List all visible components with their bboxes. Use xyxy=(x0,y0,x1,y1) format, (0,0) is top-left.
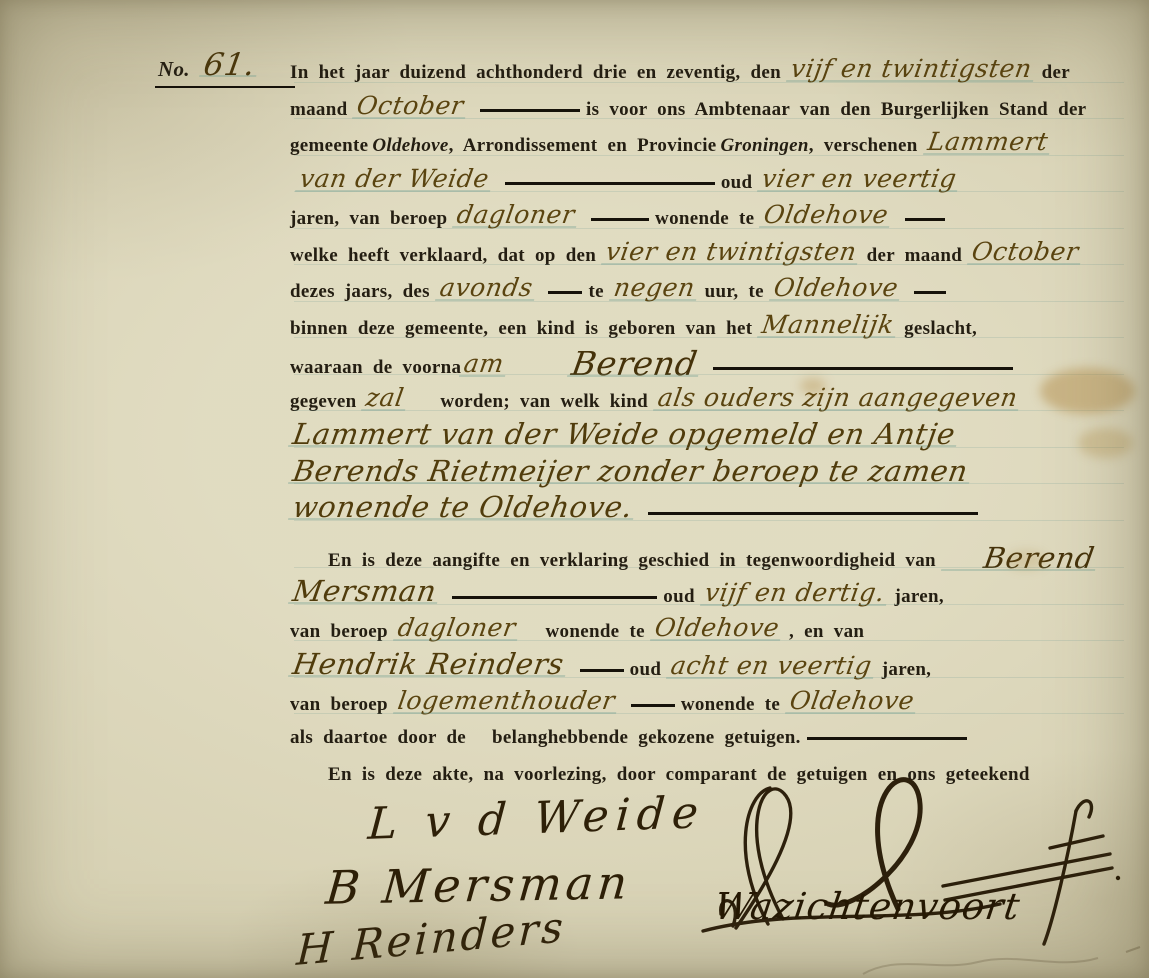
printed-text-italic: Oldehove xyxy=(372,135,448,156)
handwritten-entry: avonds xyxy=(434,270,538,307)
handwritten-entry: October xyxy=(966,234,1084,271)
act-line-05: jaren, van beroepdaglonerwonende teOldeh… xyxy=(290,198,1138,235)
handwritten-entry: Oldehove xyxy=(649,610,785,647)
handwritten-entry: negen xyxy=(608,270,701,307)
signature-official: Wazichtenvoort xyxy=(712,884,1023,928)
printed-text: jaren, xyxy=(894,586,943,607)
act-line-09: waaraan de voornaamBerend xyxy=(290,344,1138,381)
handwritten-entry: October xyxy=(352,88,470,125)
act-line-15: Mersmanoudvijf en dertig.jaren, xyxy=(290,574,1138,611)
handwritten-entry: vijf en dertig. xyxy=(699,575,890,612)
blank-filler-rule xyxy=(591,216,649,221)
printed-text: waaraan de voorna xyxy=(290,357,461,378)
printed-text: , verschenen xyxy=(809,135,918,156)
handwritten-entry: logementhouder xyxy=(392,683,621,720)
act-line-18: van beroeplogementhouderwonende teOldeho… xyxy=(290,684,1138,721)
printed-text: wonende te xyxy=(681,694,780,715)
act-line-07: dezes jaars, desavondstenegenuur, teOlde… xyxy=(290,271,1138,308)
printed-text: geslacht, xyxy=(904,318,977,339)
printed-text: En is deze aangifte en verklaring geschi… xyxy=(328,550,936,571)
handwritten-entry: Mersman xyxy=(287,573,442,610)
blank-filler-rule xyxy=(480,107,580,112)
act-body: In het jaar duizend achthonderd drie en … xyxy=(290,52,1138,793)
act-line-16: van beroepdaglonerwonende teOldehove, en… xyxy=(290,611,1138,648)
printed-text: dezes jaars, des xyxy=(290,281,430,302)
printed-text-italic: Groningen xyxy=(721,135,809,156)
printed-text: oud xyxy=(630,659,662,680)
handwritten-entry: vier en twintigsten xyxy=(600,234,862,271)
handwritten-entry: Oldehove xyxy=(768,270,904,307)
handwritten-entry: acht en veertig xyxy=(665,648,877,685)
handwritten-entry: Lammert xyxy=(922,124,1054,161)
printed-text: In het jaar duizend achthonderd drie en … xyxy=(290,62,781,83)
bottom-edge-cutoff-writing xyxy=(858,944,1147,978)
handwritten-entry: Hendrik Reinders xyxy=(287,646,569,683)
printed-text: welke heeft verklaard, dat op den xyxy=(290,245,596,266)
act-number-label: No. xyxy=(158,57,190,81)
blank-filler-rule xyxy=(452,594,657,599)
act-line-17: Hendrik Reindersoudacht en veertigjaren, xyxy=(290,647,1138,684)
blank-filler-rule xyxy=(807,735,967,740)
printed-text: worden; van welk kind xyxy=(440,391,648,412)
act-line-11: Lammert van der Weide opgemeld en Antje xyxy=(290,417,1138,454)
blank-filler-rule xyxy=(548,289,582,294)
handwritten-entry: Berends Rietmeijer zonder beroep te zame… xyxy=(287,453,973,490)
act-line-03: gemeente Oldehove, Arrondissement en Pro… xyxy=(290,125,1138,162)
handwritten-entry: Oldehove xyxy=(758,197,894,234)
handwritten-entry: Lammert van der Weide opgemeld en Antje xyxy=(287,416,961,453)
birth-record-sheet: No. 61. In het jaar duizend achthonderd … xyxy=(0,0,1149,978)
printed-text: der maand xyxy=(867,245,963,266)
act-line-10: gegevenzalworden; van welk kindals ouder… xyxy=(290,381,1138,418)
handwritten-entry: dagloner xyxy=(452,197,581,234)
printed-text: te xyxy=(588,281,603,302)
blank-filler-rule xyxy=(505,180,715,185)
act-number: No. 61. xyxy=(158,48,265,84)
printed-text: binnen deze gemeente, een kind is gebore… xyxy=(290,318,752,339)
official-signature-flourish: Wazichtenvoort xyxy=(648,756,1128,951)
printed-text: oud xyxy=(721,172,753,193)
printed-text: , Arrondissement en Provincie xyxy=(449,135,717,156)
printed-text: van beroep xyxy=(290,694,388,715)
printed-text: , en van xyxy=(789,621,864,642)
handwritten-entry: dagloner xyxy=(392,610,521,647)
printed-text: wonende te xyxy=(546,621,645,642)
handwritten-entry: vier en veertig xyxy=(756,161,962,198)
printed-text: is voor ons Ambtenaar van den Burgerlijk… xyxy=(586,99,1086,120)
act-line-14: En is deze aangifte en verklaring geschi… xyxy=(290,538,1138,575)
blank-filler-rule xyxy=(631,702,675,707)
signature-witness-1: B Mersman xyxy=(324,855,634,914)
blank-filler-rule xyxy=(905,216,945,221)
handwritten-entry-child-name: Berend xyxy=(566,346,703,383)
printed-text: belanghebbende gekozene getuigen. xyxy=(492,727,801,748)
printed-text: uur, te xyxy=(705,281,764,302)
printed-text: jaren, xyxy=(882,659,931,680)
printed-text: gegeven xyxy=(290,391,356,412)
printed-text: maand xyxy=(290,99,347,120)
act-line-02: maandOctoberis voor ons Ambtenaar van de… xyxy=(290,89,1138,126)
blank-filler-rule xyxy=(713,365,1013,370)
act-line-19: als daartoe door debelanghebbende gekoze… xyxy=(290,720,1138,757)
printed-text: als daartoe door de xyxy=(290,727,466,748)
handwritten-entry: Berend xyxy=(940,540,1100,577)
act-number-value: 61. xyxy=(198,47,261,83)
printed-text: der xyxy=(1042,62,1070,83)
printed-text: van beroep xyxy=(290,621,388,642)
act-line-12: Berends Rietmeijer zonder beroep te zame… xyxy=(290,454,1138,491)
act-line-04: van der Weideoudvier en veertig xyxy=(290,162,1138,199)
printed-text: jaren, van beroep xyxy=(290,208,447,229)
handwritten-entry: wonende te Oldehove. xyxy=(287,489,638,526)
signature-official-block: Wazichtenvoort xyxy=(648,756,1128,956)
act-line-06: welke heeft verklaard, dat op denvier en… xyxy=(290,235,1138,272)
printed-text: oud xyxy=(663,586,695,607)
act-line-13: wonende te Oldehove. xyxy=(290,490,1138,527)
act-line-08: binnen deze gemeente, een kind is gebore… xyxy=(290,308,1138,345)
act-number-underline xyxy=(155,86,295,88)
act-line-01: In het jaar duizend achthonderd drie en … xyxy=(290,52,1138,89)
handwritten-entry: Oldehove xyxy=(784,683,920,720)
printed-text: gemeente xyxy=(290,135,368,156)
handwritten-entry: van der Weide xyxy=(294,161,495,198)
handwritten-entry: am xyxy=(458,346,510,383)
handwritten-entry: Mannelijk xyxy=(756,307,900,344)
handwritten-entry: zal xyxy=(361,380,411,417)
printed-text: wonende te xyxy=(655,208,754,229)
blank-filler-rule xyxy=(914,289,946,294)
handwritten-entry: vijf en twintigsten xyxy=(785,51,1037,88)
handwritten-entry: als ouders zijn aangegeven xyxy=(652,380,1023,417)
blank-filler-rule xyxy=(648,510,978,515)
blank-filler-rule xyxy=(580,667,624,672)
